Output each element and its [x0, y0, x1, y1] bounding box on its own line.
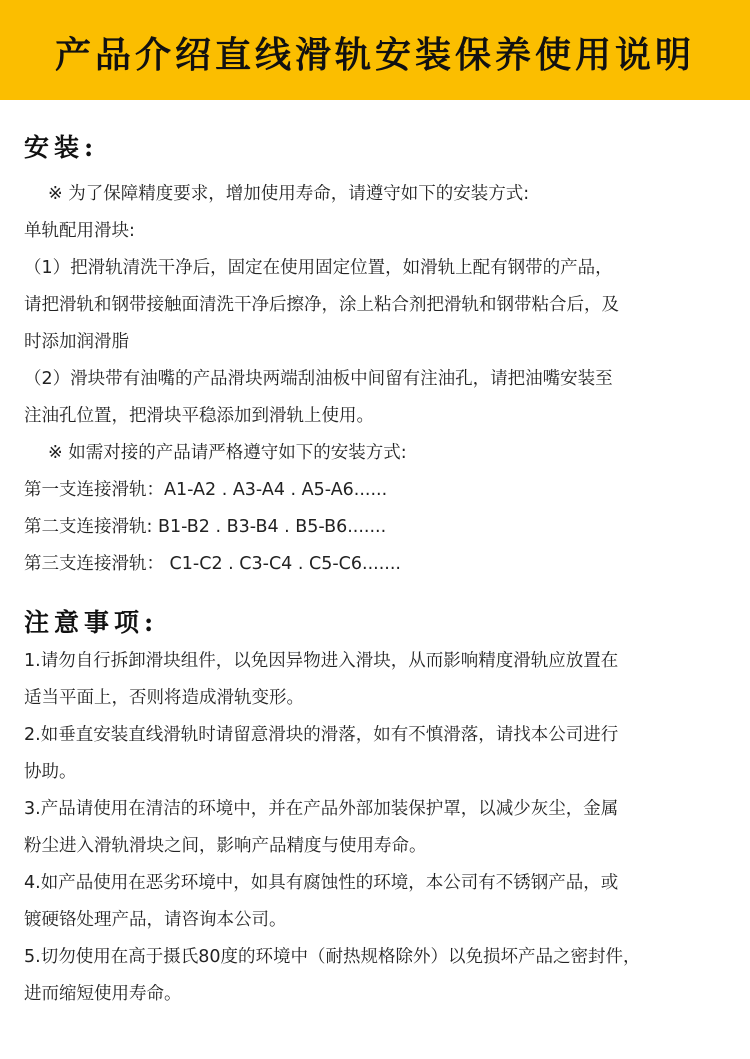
- joint-item: 第一支连接滑轨：A1-A2 . A3-A4 . A5-A6......: [24, 472, 729, 509]
- title-banner: 产品介绍直线滑轨安装保养使用说明: [0, 0, 750, 100]
- precaution-line: 粉尘进入滑轨滑块之间，影响产品精度与使用寿命。: [24, 828, 729, 865]
- precautions-section: 注意事项: 1.请勿自行拆卸滑块组件，以免因异物进入滑块，从而影响精度滑轨应放置…: [24, 595, 729, 1013]
- precaution-line: 4.如产品使用在恶劣环境中，如具有腐蚀性的环境，本公司有不锈钢产品，或: [24, 865, 729, 902]
- joint-note: ※ 如需对接的产品请严格遵守如下的安装方式:: [24, 435, 729, 472]
- step-1-line: （1）把滑轨清洗干净后，固定在使用固定位置，如滑轨上配有钢带的产品，: [24, 250, 729, 287]
- step-2-line: （2）滑块带有油嘴的产品滑块两端刮油板中间留有注油孔，请把油嘴安装至: [24, 361, 729, 398]
- precaution-line: 镀硬铬处理产品，请咨询本公司。: [24, 902, 729, 939]
- precautions-heading: 注意事项:: [24, 595, 729, 643]
- precaution-line: 2.如垂直安装直线滑轨时请留意滑块的滑落，如有不慎滑落，请找本公司进行: [24, 717, 729, 754]
- step-2-line: 注油孔位置，把滑块平稳添加到滑轨上使用。: [24, 398, 729, 435]
- document-body: 安装: ※ 为了保障精度要求，增加使用寿命，请遵守如下的安装方式: 单轨配用滑块…: [24, 120, 729, 1013]
- precaution-line: 适当平面上，否则将造成滑轨变形。: [24, 680, 729, 717]
- joint-item: 第二支连接滑轨: B1-B2 . B3-B4 . B5-B6.......: [24, 509, 729, 546]
- installation-heading: 安装:: [24, 120, 729, 168]
- precaution-item-2: 2.如垂直安装直线滑轨时请留意滑块的滑落，如有不慎滑落，请找本公司进行 协助。: [24, 717, 729, 791]
- installation-section: 安装: ※ 为了保障精度要求，增加使用寿命，请遵守如下的安装方式: 单轨配用滑块…: [24, 120, 729, 583]
- step-1-line: 时添加润滑脂: [24, 324, 729, 361]
- joint-list: 第一支连接滑轨：A1-A2 . A3-A4 . A5-A6...... 第二支连…: [24, 472, 729, 583]
- precaution-line: 5.切勿使用在高于摄氏80度的环境中（耐热规格除外）以免损坏产品之密封件，: [24, 939, 729, 976]
- install-step-2: （2）滑块带有油嘴的产品滑块两端刮油板中间留有注油孔，请把油嘴安装至 注油孔位置…: [24, 361, 729, 435]
- single-rail-label: 单轨配用滑块:: [24, 213, 729, 250]
- page-title: 产品介绍直线滑轨安装保养使用说明: [55, 27, 695, 78]
- installation-note: ※ 为了保障精度要求，增加使用寿命，请遵守如下的安装方式:: [24, 176, 729, 213]
- precaution-line: 3.产品请使用在清洁的环境中，并在产品外部加装保护罩，以减少灰尘，金属: [24, 791, 729, 828]
- precaution-item-1: 1.请勿自行拆卸滑块组件，以免因异物进入滑块，从而影响精度滑轨应放置在 适当平面…: [24, 643, 729, 717]
- precaution-line: 进而缩短使用寿命。: [24, 976, 729, 1013]
- joint-item: 第三支连接滑轨： C1-C2 . C3-C4 . C5-C6.......: [24, 546, 729, 583]
- step-1-line: 请把滑轨和钢带接触面清洗干净后擦净，涂上粘合剂把滑轨和钢带粘合后，及: [24, 287, 729, 324]
- precaution-item-5: 5.切勿使用在高于摄氏80度的环境中（耐热规格除外）以免损坏产品之密封件， 进而…: [24, 939, 729, 1013]
- precaution-item-3: 3.产品请使用在清洁的环境中，并在产品外部加装保护罩，以减少灰尘，金属 粉尘进入…: [24, 791, 729, 865]
- precaution-item-4: 4.如产品使用在恶劣环境中，如具有腐蚀性的环境，本公司有不锈钢产品，或 镀硬铬处…: [24, 865, 729, 939]
- precaution-line: 协助。: [24, 754, 729, 791]
- precaution-line: 1.请勿自行拆卸滑块组件，以免因异物进入滑块，从而影响精度滑轨应放置在: [24, 643, 729, 680]
- install-step-1: （1）把滑轨清洗干净后，固定在使用固定位置，如滑轨上配有钢带的产品， 请把滑轨和…: [24, 250, 729, 361]
